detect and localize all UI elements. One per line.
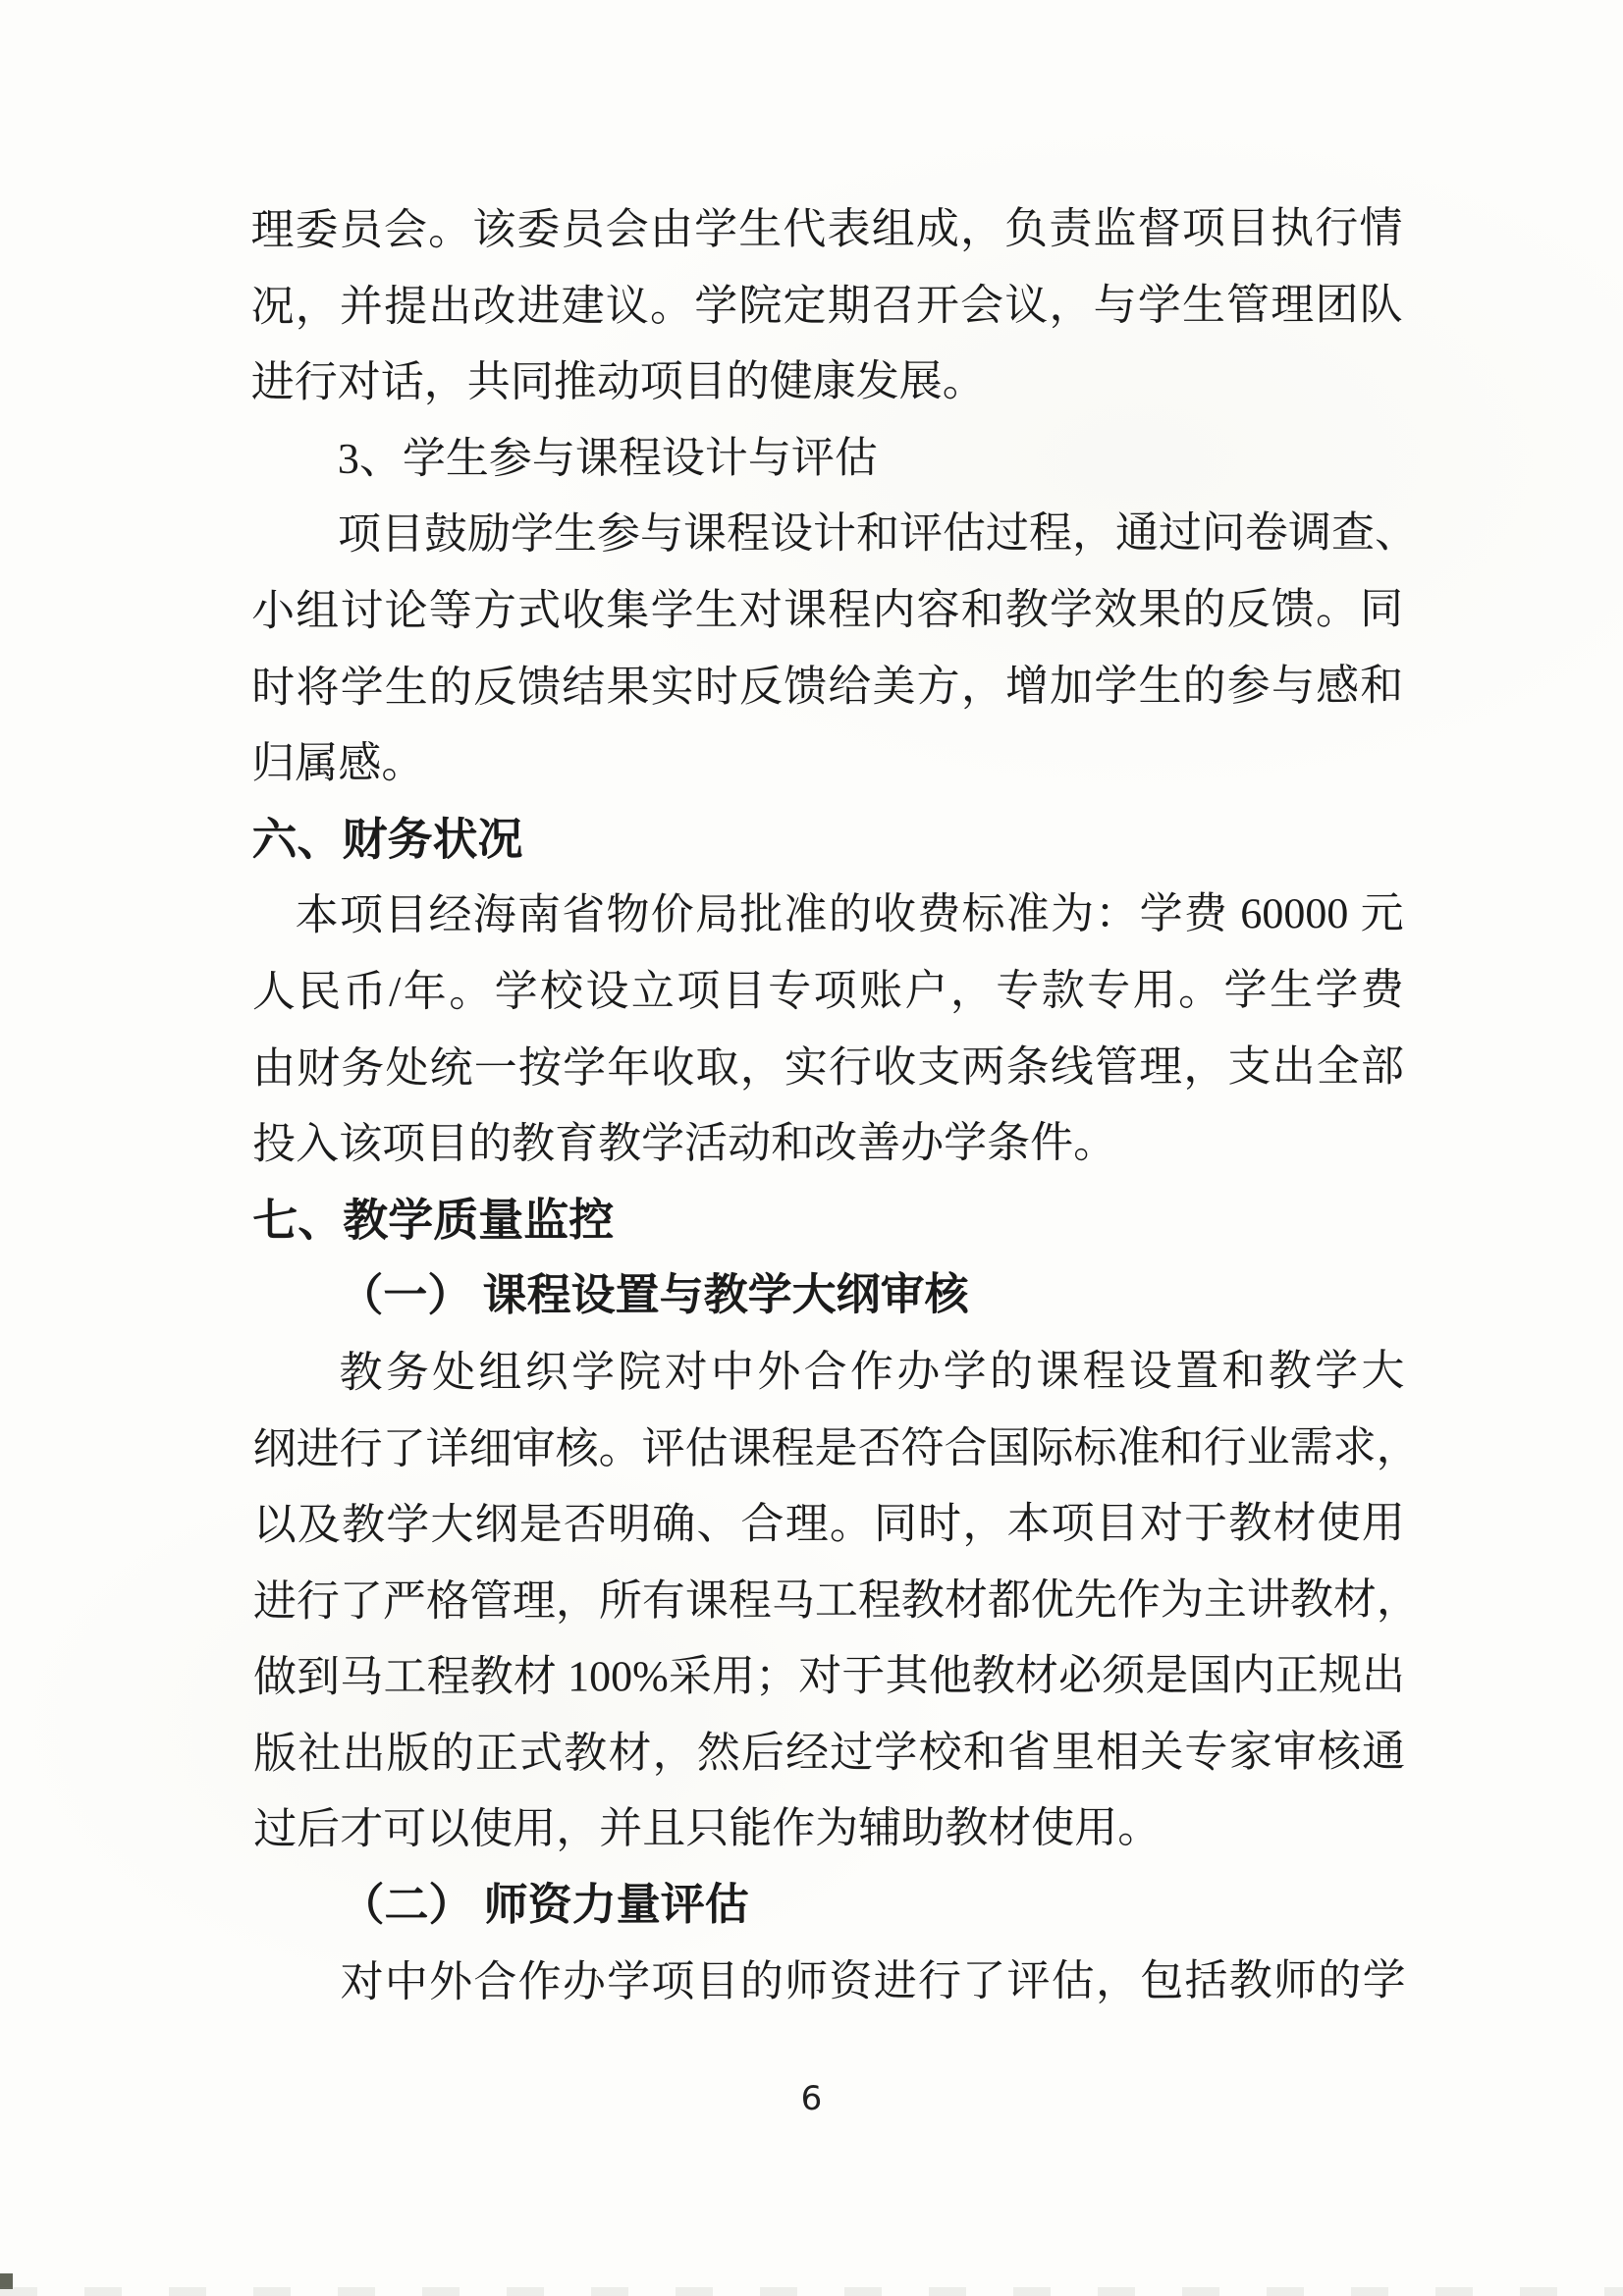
body-line: 过后才可以使用，并且只能作为辅助教材使用。: [253, 1789, 1405, 1868]
heading-section-7: 七、教学质量监控: [252, 1181, 1404, 1259]
body-line: 对中外合作办学项目的师资进行了评估，包括教师的学: [253, 1943, 1405, 2021]
document-page: 理委员会。该委员会由学生代表组成，负责监督项目执行情 况，并提出改进建议。学院定…: [0, 0, 1623, 2296]
heading-section-6: 六、财务状况: [251, 800, 1403, 879]
body-line: 况，并提出改进建议。学院定期召开会议，与学生管理团队: [251, 267, 1403, 346]
page-number: 6: [0, 2079, 1623, 2118]
body-line: 进行对话，共同推动项目的健康发展。: [251, 343, 1403, 421]
body-line: 进行了严格管理，所有课程马工程教材都优先作为主讲教材，: [253, 1562, 1405, 1640]
body-line: 本项目经海南省物价局批准的收费标准为：学费 60000 元: [252, 876, 1404, 954]
body-line: 由财务处统一按学年收取，实行收支两条线管理，支出全部: [252, 1029, 1404, 1107]
body-line: 时将学生的反馈结果实时反馈给美方，增加学生的参与感和: [251, 648, 1403, 726]
body-line: 投入该项目的教育教学活动和改善办学条件。: [252, 1104, 1404, 1183]
body-line: 项目鼓励学生参与课程设计和评估过程，通过问卷调查、: [251, 495, 1403, 573]
text-block: 理委员会。该委员会由学生代表组成，负责监督项目执行情 况，并提出改进建议。学院定…: [250, 190, 1405, 2020]
body-line: 做到马工程教材 100%采用；对于其他教材必须是国内正规出: [253, 1637, 1405, 1716]
body-line: 版社出版的正式教材，然后经过学校和省里相关专家审核通: [253, 1714, 1405, 1792]
body-line: 理委员会。该委员会由学生代表组成，负责监督项目执行情: [250, 190, 1402, 269]
body-line: 教务处组织学院对中外合作办学的课程设置和教学大: [252, 1333, 1404, 1412]
body-line: 归属感。: [251, 723, 1403, 802]
list-item-3: 3、学生参与课程设计与评估: [251, 419, 1403, 498]
subheading-7-1: （一） 课程设置与教学大纲审核: [252, 1256, 1404, 1335]
body-line: 人民币/年。学校设立项目专项账户，专款专用。学生学费: [252, 952, 1404, 1031]
body-line: 以及教学大纲是否明确、合理。同时，本项目对于教材使用: [253, 1485, 1405, 1564]
body-line: 小组讨论等方式收集学生对课程内容和教学效果的反馈。同: [251, 571, 1403, 650]
body-line: 纲进行了详细审核。评估课程是否符合国际标准和行业需求，: [253, 1409, 1405, 1487]
subheading-7-2: （二） 师资力量评估: [253, 1866, 1405, 1945]
scan-artifact-band: [0, 2287, 1623, 2296]
